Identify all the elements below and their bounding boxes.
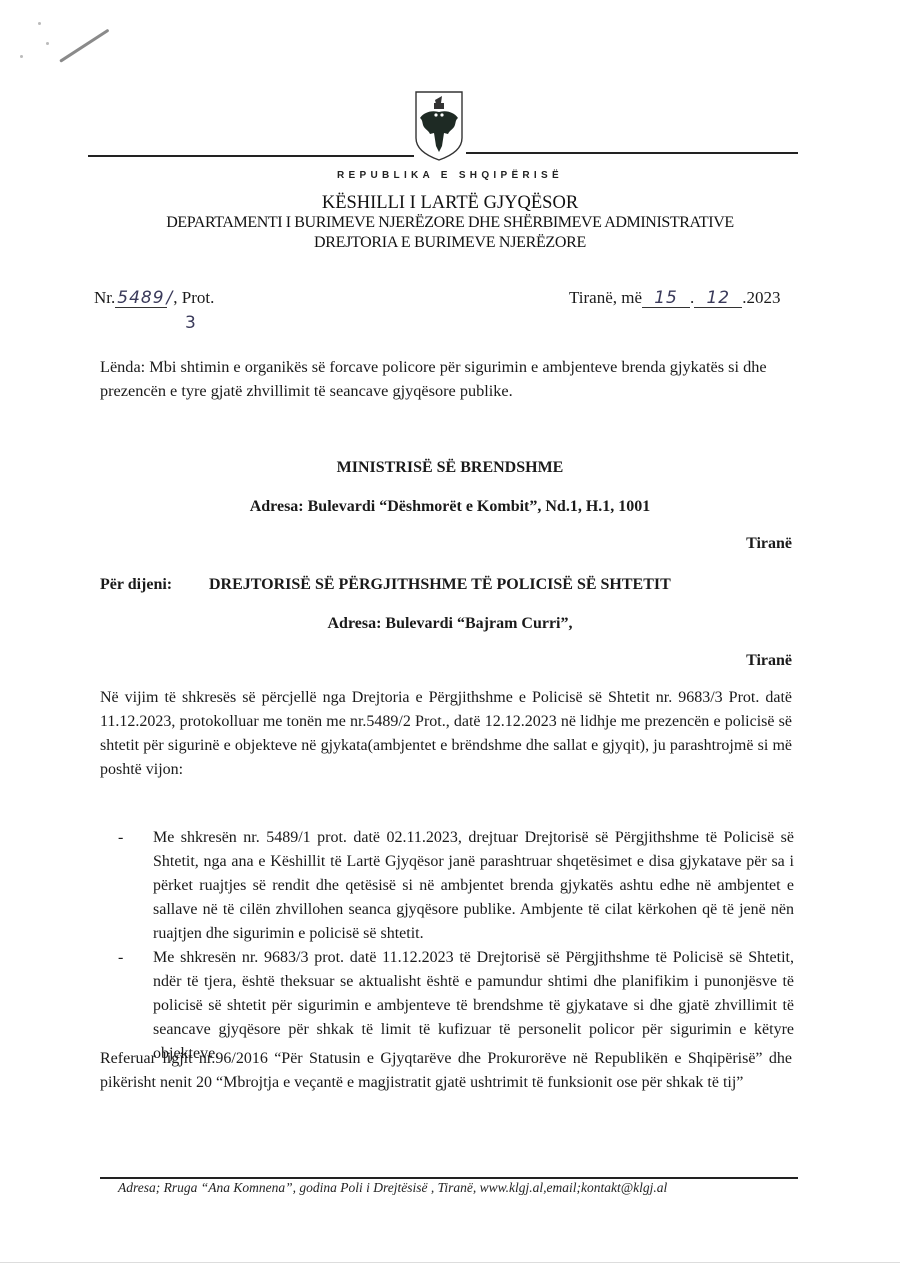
date-prefix: Tiranë, më: [569, 288, 642, 307]
bullet-list: - Me shkresën nr. 5489/1 prot. datë 02.1…: [118, 826, 794, 1066]
nr-suffix: , Prot.: [173, 288, 214, 307]
nr-handwritten: 5489: [115, 289, 166, 308]
recipient-address: Adresa: Bulevardi “Dëshmorët e Kombit”, …: [0, 498, 900, 516]
cc-address: Adresa: Bulevardi “Bajram Curri”,: [0, 615, 900, 633]
pen-mark: [59, 29, 109, 63]
page-edge: [0, 1262, 900, 1263]
cc-name: DREJTORISË SË PËRGJITHSHME TË POLICISË S…: [209, 576, 671, 594]
recipient-name: MINISTRISË SË BRENDSHME: [0, 459, 900, 477]
date-day: 15: [642, 289, 690, 308]
intro-paragraph: Në vijim të shkresës së përcjellë nga Dr…: [100, 686, 792, 782]
speck: [20, 55, 23, 58]
protocol-number: Nr.5489/, Prot.: [94, 288, 214, 308]
document-date: Tiranë, më15.12.2023: [569, 288, 781, 308]
date-month: 12: [694, 289, 742, 308]
albanian-coat-of-arms-icon: [414, 90, 464, 162]
cc-city: Tiranë: [700, 652, 792, 670]
nr-sub-handwritten: 3: [185, 313, 196, 333]
nr-prefix: Nr.: [94, 288, 115, 307]
bullet-text: Me shkresën nr. 9683/3 prot. datë 11.12.…: [153, 949, 794, 1062]
country-name: REPUBLIKA E SHQIPËRISË: [0, 170, 900, 181]
footer-address: Adresa; Rruga “Ana Komnena”, godina Poli…: [118, 1180, 667, 1196]
header-rule-left: [88, 155, 414, 157]
reference-paragraph: Referuar ligjit nr.96/2016 “Për Statusin…: [100, 1047, 792, 1095]
bullet-dash: -: [118, 946, 123, 970]
footer-rule: [100, 1177, 798, 1179]
date-year: .2023: [742, 288, 780, 307]
directorate-name: DREJTORIA E BURIMEVE NJERËZORE: [0, 234, 900, 252]
department-name: DEPARTAMENTI I BURIMEVE NJERËZORE DHE SH…: [0, 214, 900, 232]
list-item: - Me shkresën nr. 5489/1 prot. datë 02.1…: [118, 826, 794, 946]
speck: [46, 42, 49, 45]
bullet-dash: -: [118, 826, 123, 850]
header-rule-right: [466, 152, 798, 154]
institution-name: KËSHILLI I LARTË GJYQËSOR: [0, 193, 900, 214]
bullet-text: Me shkresën nr. 5489/1 prot. datë 02.11.…: [153, 829, 794, 942]
recipient-city: Tiranë: [700, 535, 792, 553]
cc-label: Për dijeni:: [100, 576, 172, 594]
speck: [38, 22, 41, 25]
subject-line: Lënda: Mbi shtimin e organikës së forcav…: [100, 355, 800, 403]
